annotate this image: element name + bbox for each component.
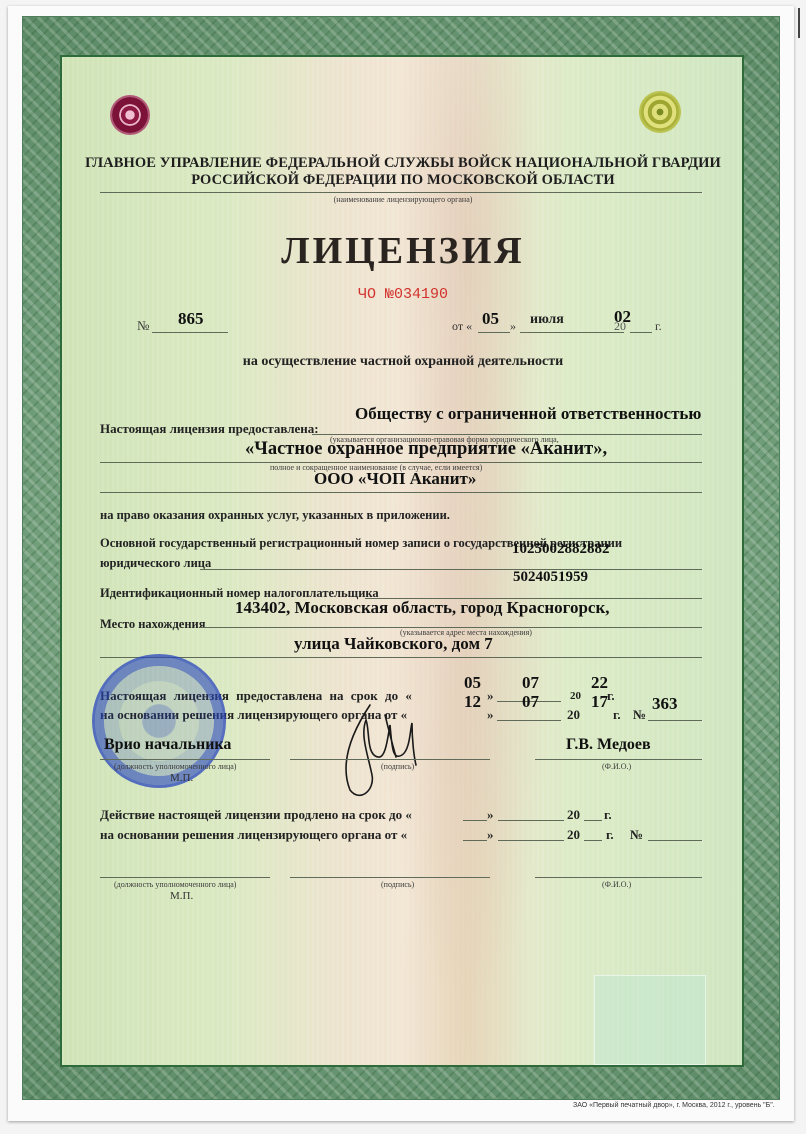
position-underline [100, 759, 270, 760]
extension-until-month-underline [498, 820, 564, 821]
term-until-year-suffix: г. [607, 688, 615, 704]
seal-mark: М.П. [170, 772, 193, 784]
grantee-label: Настоящая лицензия предоставлена: [100, 421, 319, 437]
scan-edge-mark [798, 8, 800, 38]
ogrn-label-line2: юридического лица [100, 556, 211, 571]
location-label: Место нахождения [100, 617, 206, 632]
extension-until-close: » [487, 807, 494, 823]
name-caption: (Ф.И.О.) [602, 762, 631, 771]
extension-until-label: Действие настоящей лицензии продлено на … [100, 807, 412, 823]
grantee-line2: «Частное охранное предприятие «Аканит», [245, 439, 607, 460]
extension-until-year-suffix: г. [604, 807, 612, 823]
extension-until-day-underline [463, 820, 487, 821]
term-decision-year-prefix: 20 [567, 707, 580, 723]
grantee-underline3 [100, 492, 702, 493]
year-suffix: г. [655, 319, 662, 334]
term-until-close: » [487, 688, 494, 704]
extension-decision-no-label: № [630, 827, 643, 843]
extension-decision-year-underline [584, 840, 602, 841]
date-open: от « [452, 319, 472, 334]
extension-signature-underline [290, 877, 490, 878]
authority-underline [100, 192, 702, 193]
term-decision-number: 363 [652, 694, 678, 714]
background-emblem [317, 57, 617, 1065]
signatory-position: Врио начальника [104, 736, 231, 754]
extension-name-underline [535, 877, 702, 878]
extension-decision-year-prefix: 20 [567, 827, 580, 843]
ogrn-underline [200, 569, 702, 570]
extension-name-caption: (Ф.И.О.) [602, 880, 631, 889]
date-close: » [510, 319, 516, 334]
month-underline [520, 332, 624, 333]
security-hologram-box [594, 975, 706, 1065]
signature-icon [330, 695, 450, 805]
license-day: 05 [482, 309, 499, 329]
location-line2: улица Чайковского, дом 7 [294, 634, 493, 654]
term-until-year-prefix: 20 [570, 690, 581, 702]
extension-position-underline [100, 877, 270, 878]
printer-note: ЗАО «Первый печатный двор», г. Москва, 2… [573, 1102, 775, 1109]
issuing-authority-line1: ГЛАВНОЕ УПРАВЛЕНИЕ ФЕДЕРАЛЬНОЙ СЛУЖБЫ ВО… [0, 155, 806, 172]
term-decision-day: 12 [464, 692, 481, 712]
term-until-year: 22 [591, 673, 608, 693]
extension-seal-mark: М.П. [170, 890, 193, 902]
rosette-emblem-right-icon [641, 93, 679, 131]
document-title: ЛИЦЕНЗИЯ [0, 229, 806, 273]
location-line1: 143402, Московская область, город Красно… [235, 598, 610, 618]
signature-underline [290, 759, 490, 760]
extension-until-year-prefix: 20 [567, 807, 580, 823]
authority-caption: (наименование лицензирующего органа) [0, 195, 806, 204]
rosette-emblem-left-icon [112, 97, 148, 133]
term-until-day: 05 [464, 673, 481, 693]
extension-signature-caption: (подпись) [381, 880, 414, 889]
license-purpose: на осуществление частной охранной деятел… [0, 354, 806, 370]
extension-decision-no-underline [648, 840, 702, 841]
term-until-month: 07 [522, 673, 539, 693]
position-caption: (должность уполномоченного лица) [114, 762, 236, 771]
day-underline [478, 332, 510, 333]
term-decision-year-suffix: г. [613, 707, 621, 723]
inn-value: 5024051959 [513, 569, 588, 586]
term-decision-month: 07 [522, 692, 539, 712]
extension-decision-month-underline [498, 840, 564, 841]
year-underline [630, 332, 652, 333]
term-decision-year: 17 [591, 692, 608, 712]
extension-decision-close: » [487, 827, 494, 843]
scope-text: на право оказания охранных услуг, указан… [100, 508, 450, 523]
license-number: 865 [178, 309, 204, 329]
term-decision-month-underline [497, 720, 561, 721]
grantee-line1: Обществу с ограниченной ответственностью [355, 404, 701, 424]
license-year: 02 [614, 307, 631, 327]
name-underline [535, 759, 702, 760]
ogrn-value: 1025002882882 [512, 541, 610, 558]
location-underline2 [100, 657, 702, 658]
term-decision-no-label: № [633, 707, 646, 723]
term-decision-close: » [487, 707, 494, 723]
license-month: июля [530, 312, 564, 328]
extension-decision-year-suffix: г. [606, 827, 614, 843]
signature-caption: (подпись) [381, 762, 414, 771]
signatory-name: Г.В. Медоев [566, 736, 651, 754]
number-underline [152, 332, 228, 333]
extension-decision-day-underline [463, 840, 487, 841]
blank-serial-number: ЧО №034190 [0, 286, 806, 303]
extension-until-year-underline [584, 820, 602, 821]
extension-decision-label: на основании решения лицензирующего орга… [100, 827, 407, 843]
grantee-short-name: ООО «ЧОП Аканит» [314, 469, 476, 489]
extension-position-caption: (должность уполномоченного лица) [114, 880, 236, 889]
number-label: № [137, 318, 149, 334]
issuing-authority-line2: РОССИЙСКОЙ ФЕДЕРАЦИИ ПО МОСКОВСКОЙ ОБЛАС… [0, 172, 806, 189]
term-decision-no-underline [648, 720, 702, 721]
